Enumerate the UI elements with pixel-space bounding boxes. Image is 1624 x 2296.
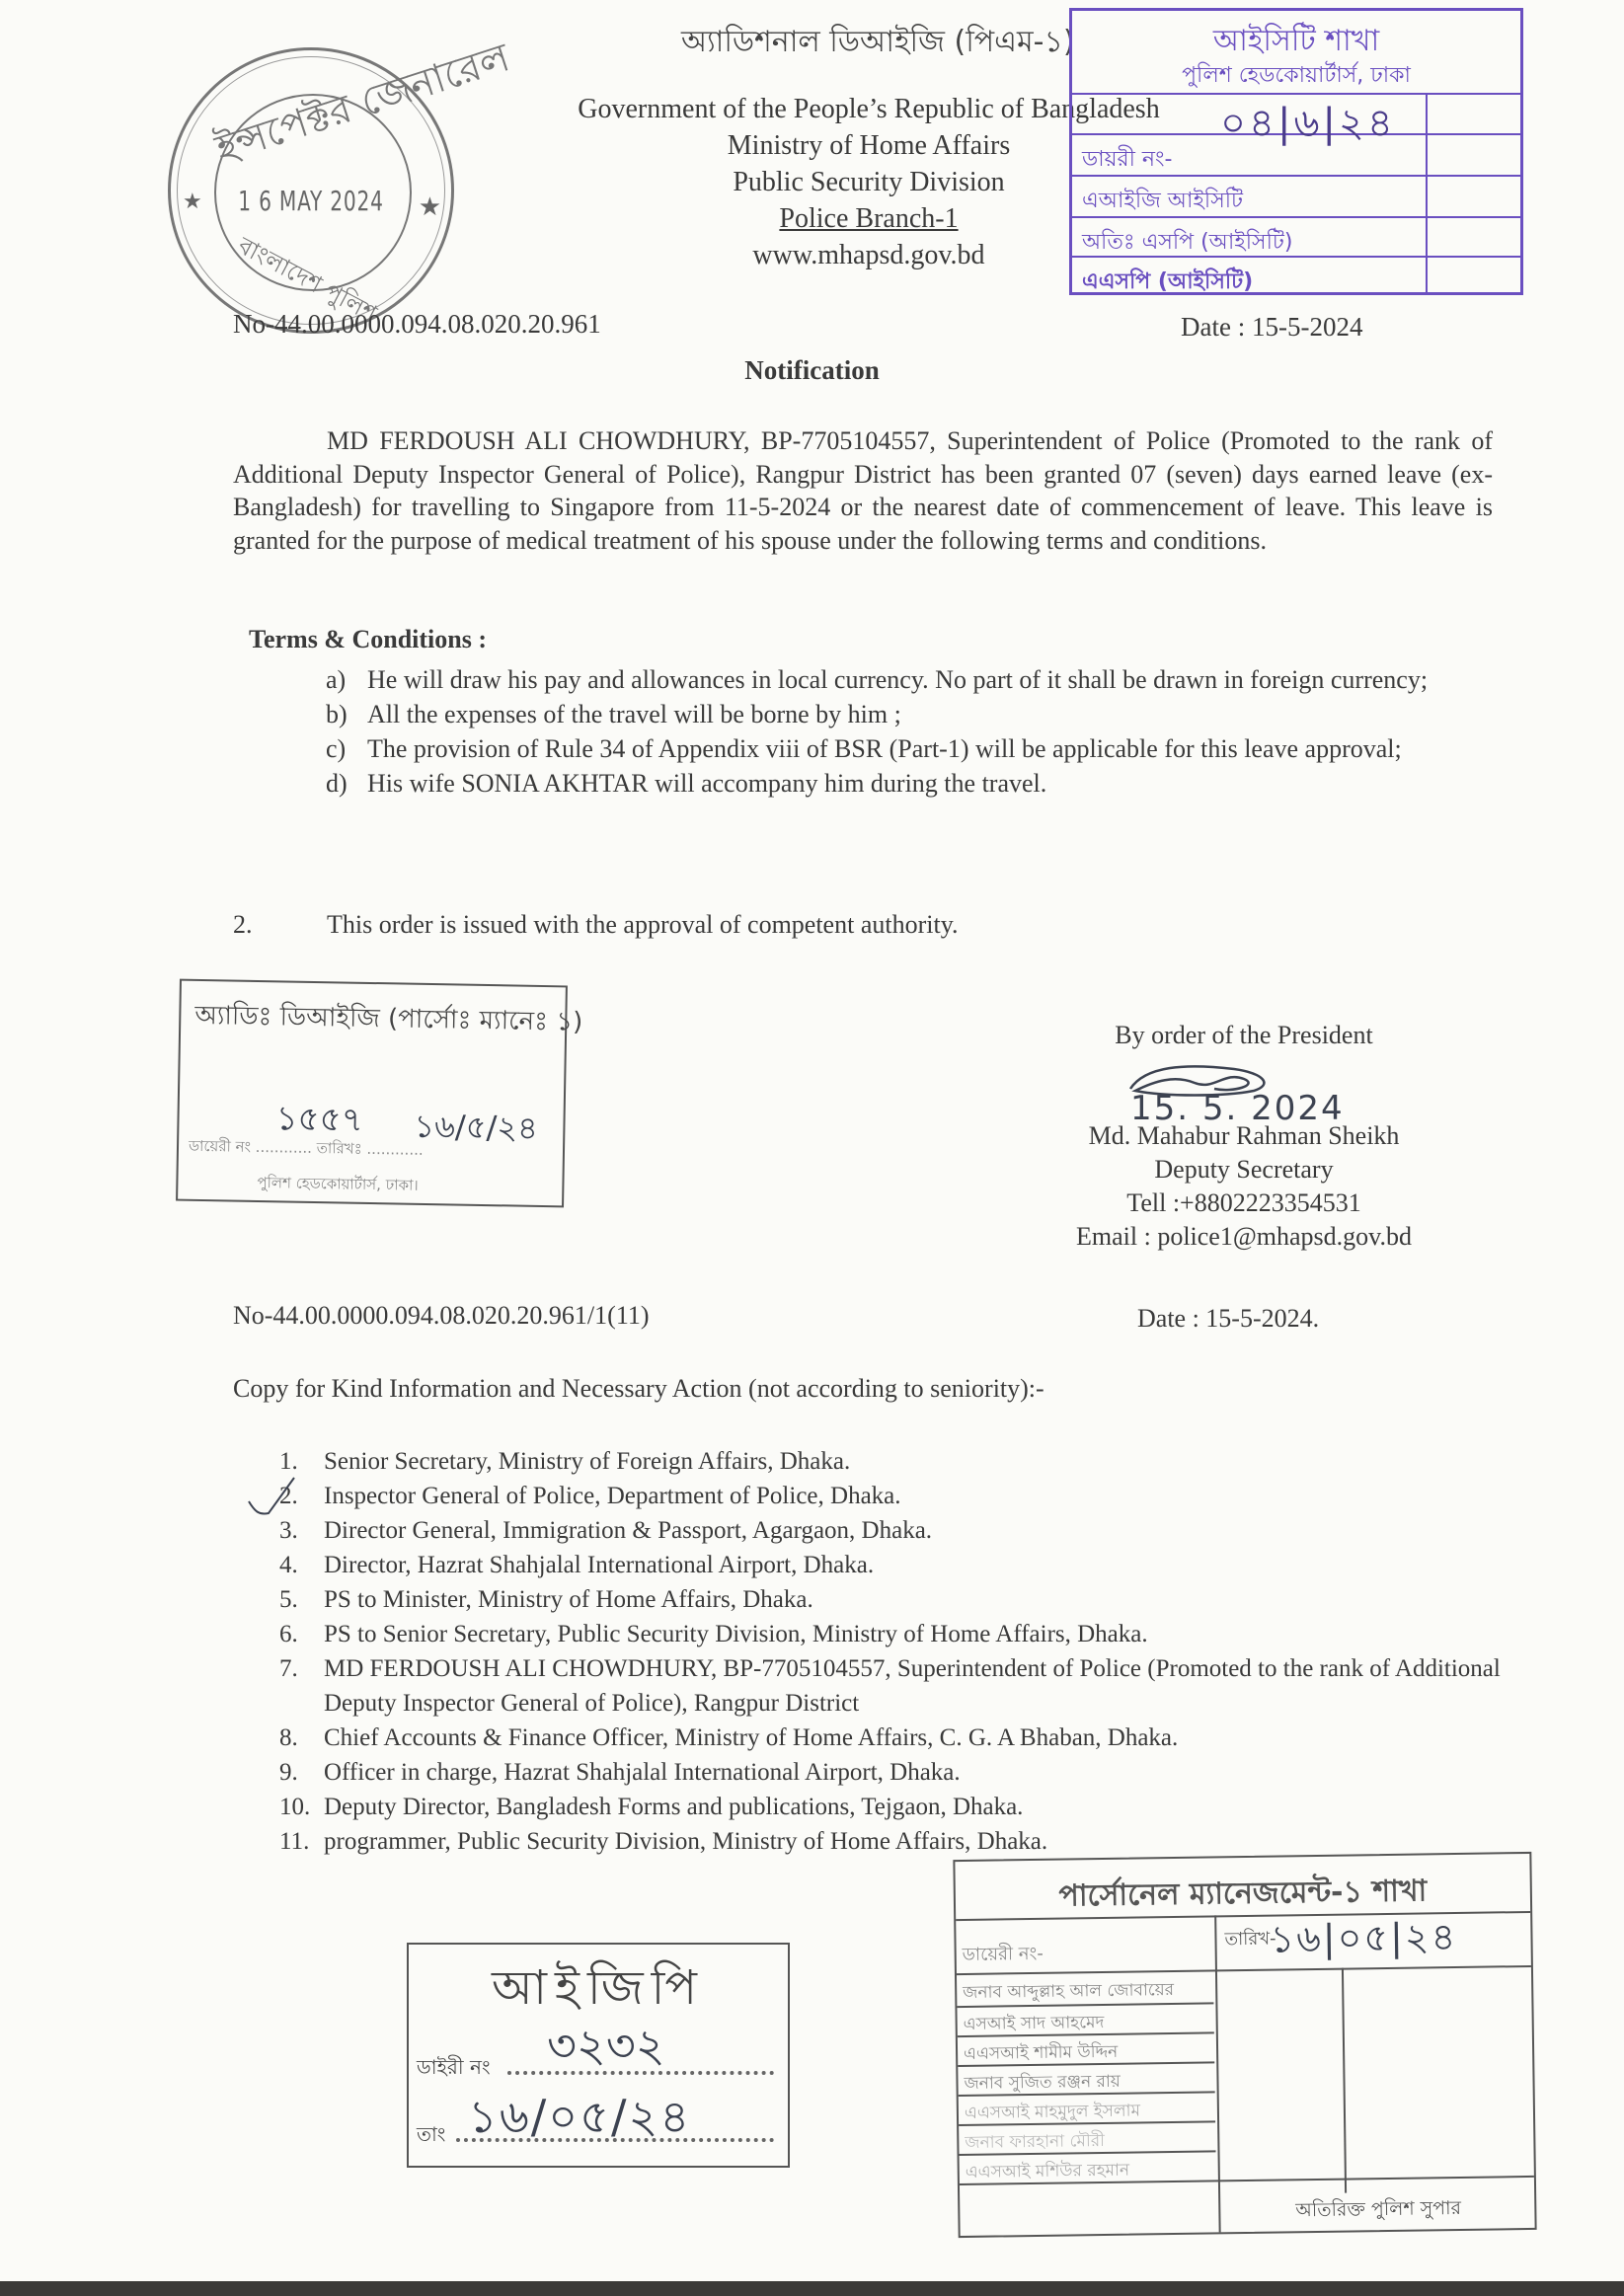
seal-date: 1 6 MAY 2024 bbox=[198, 185, 423, 217]
term-item: c)The provision of Rule 34 of Appendix v… bbox=[326, 732, 1493, 765]
handwritten-date: ১৬/০৫/২৪ bbox=[468, 2083, 691, 2158]
copy-memo-number: No-44.00.0000.094.08.020.20.961/1(11) bbox=[233, 1301, 650, 1331]
signatory-phone: Tell :+8802223354531 bbox=[1017, 1186, 1471, 1220]
signatory-email: Email : police1@mhapsd.gov.bd bbox=[1017, 1220, 1471, 1254]
ict-stamp-subtitle: পুলিশ হেডকোয়ার্টার্স, ঢাকা bbox=[1072, 58, 1520, 95]
list-item: 5.PS to Minister, Ministry of Home Affai… bbox=[279, 1582, 1513, 1617]
list-item: 3.Director General, Immigration & Passpo… bbox=[279, 1513, 1513, 1548]
copy-heading: Copy for Kind Information and Necessary … bbox=[233, 1374, 1044, 1404]
pm-stamp-row: এসআই সাদ আহমেদ bbox=[964, 2010, 1105, 2039]
diary-label: ডাইরী নং bbox=[417, 2053, 491, 2086]
diary-date-label: ডায়েরী নং ............ তারিখঃ .........… bbox=[189, 1135, 424, 1164]
notification-body: MD FERDOUSH ALI CHOWDHURY, BP-7705104557… bbox=[233, 424, 1493, 557]
stamp-line bbox=[1342, 1968, 1347, 2193]
pm-stamp-row: এএসআই মাহমুদুল ইসলাম bbox=[965, 2098, 1140, 2127]
ict-handwritten-date: ০৪|৬|২৪ bbox=[1220, 92, 1396, 158]
dotted-line bbox=[456, 2138, 774, 2142]
pm-stamp-row: জনাব আব্দুল্লাহ আল জোবায়ের bbox=[963, 1977, 1174, 2008]
pm-stamp-row: জনাব সুজিত রঞ্জন রায় bbox=[964, 2069, 1121, 2099]
star-icon: ★ bbox=[183, 189, 202, 214]
handwritten-date: ১৬/৫/২৪ bbox=[414, 1102, 538, 1157]
scan-edge bbox=[0, 2281, 1624, 2296]
stamp-line bbox=[1214, 1915, 1220, 2232]
notification-title: Notification bbox=[0, 355, 1624, 386]
ict-branch-stamp: আইসিটি শাখা পুলিশ হেডকোয়ার্টার্স, ঢাকা … bbox=[1069, 8, 1523, 295]
checkmark-icon bbox=[247, 1476, 306, 1535]
list-item: 1.Senior Secretary, Ministry of Foreign … bbox=[279, 1444, 1513, 1479]
list-item: 10.Deputy Director, Bangladesh Forms and… bbox=[279, 1790, 1513, 1824]
pm-stamp-row: এএসআই মশিউর রহমান bbox=[966, 2158, 1130, 2187]
terms-list: a)He will draw his pay and allowances in… bbox=[326, 663, 1493, 802]
signature-block: By order of the President Md. Mahabur Ra… bbox=[1017, 1019, 1471, 1254]
addl-dig-stamp-title: অ্যাডিঃ ডিআইজি (পার্সোঃ ম্যানেঃ ১) bbox=[194, 995, 583, 1045]
office-heading-bangla: অ্যাডিশনাল ডিআইজি (পিএম-১) bbox=[681, 18, 1075, 68]
received-seal: ইন্সপেক্টর জেনারেল বাংলাদেশ পুলিশ 1 6 MA… bbox=[168, 47, 454, 334]
list-item: 11.programmer, Public Security Division,… bbox=[279, 1824, 1513, 1859]
term-item: d)His wife SONIA AKHTAR will accompany h… bbox=[326, 767, 1493, 800]
date-label: তারিখ- bbox=[1224, 1925, 1276, 1956]
diary-label: ডায়েরী নং- bbox=[962, 1940, 1044, 1971]
memo-number: No-44.00.0000.094.08.020.20.961 bbox=[233, 309, 601, 340]
stamp-footer: পুলিশ হেডকোয়ার্টার্স, ঢাকা। bbox=[257, 1172, 419, 1199]
handwritten-diary-number: ৩২৩২ bbox=[547, 2012, 665, 2087]
order-clause: 2.This order is issued with the approval… bbox=[233, 910, 959, 940]
terms-heading: Terms & Conditions : bbox=[249, 625, 487, 654]
by-order-line: By order of the President bbox=[1017, 1019, 1471, 1052]
ict-stamp-row: এআইজি আইসিটি bbox=[1072, 175, 1520, 217]
distribution-list: 1.Senior Secretary, Ministry of Foreign … bbox=[279, 1444, 1513, 1859]
dotted-line bbox=[507, 2071, 774, 2075]
list-item: 6.PS to Senior Secretary, Public Securit… bbox=[279, 1617, 1513, 1651]
ict-stamp-row: অতিঃ এসপি (আইসিটি) bbox=[1072, 216, 1520, 259]
list-item: 4.Director, Hazrat Shahjalal Internation… bbox=[279, 1548, 1513, 1582]
list-item: 8.Chief Accounts & Finance Officer, Mini… bbox=[279, 1721, 1513, 1755]
signature-date: 15. 5. 2024 bbox=[1130, 1089, 1345, 1128]
list-item: 7.MD FERDOUSH ALI CHOWDHURY, BP-77051045… bbox=[279, 1651, 1513, 1721]
pm-stamp-row: এএসআই শামীম উদ্দিন bbox=[964, 2039, 1119, 2069]
ict-stamp-divider bbox=[1426, 93, 1428, 292]
personnel-management-stamp: পার্সোনেল ম্যানেজমেন্ট-১ শাখা ডায়েরী নং… bbox=[953, 1852, 1536, 2238]
date-label: তাং bbox=[417, 2120, 445, 2153]
pm-stamp-row: জনাব ফারহানা মৌরী bbox=[965, 2128, 1105, 2158]
signatory-designation: Deputy Secretary bbox=[1017, 1153, 1471, 1186]
term-item: b)All the expenses of the travel will be… bbox=[326, 698, 1493, 730]
list-item: 9.Officer in charge, Hazrat Shahjalal In… bbox=[279, 1755, 1513, 1790]
handwritten-date: ১৬|০৫|২৪ bbox=[1270, 1908, 1458, 1974]
pm-stamp-footer: অতিরিক্ত পুলিশ সুপার bbox=[1295, 2194, 1461, 2228]
list-item: 2.Inspector General of Police, Departmen… bbox=[279, 1479, 1513, 1513]
ict-stamp-row: এএসপি (আইসিটি) bbox=[1072, 256, 1520, 298]
memo-date: Date : 15-5-2024 bbox=[1181, 312, 1362, 343]
addl-dig-stamp: অ্যাডিঃ ডিআইজি (পার্সোঃ ম্যানেঃ ১) ১৫৫৭ … bbox=[176, 979, 568, 1208]
igp-stamp: আইজিপি ৩২৩২ ডাইরী নং ১৬/০৫/২৪ তাং bbox=[407, 1943, 790, 2168]
star-icon: ★ bbox=[419, 192, 441, 222]
copy-date: Date : 15-5-2024. bbox=[1137, 1304, 1319, 1334]
term-item: a)He will draw his pay and allowances in… bbox=[326, 663, 1493, 696]
